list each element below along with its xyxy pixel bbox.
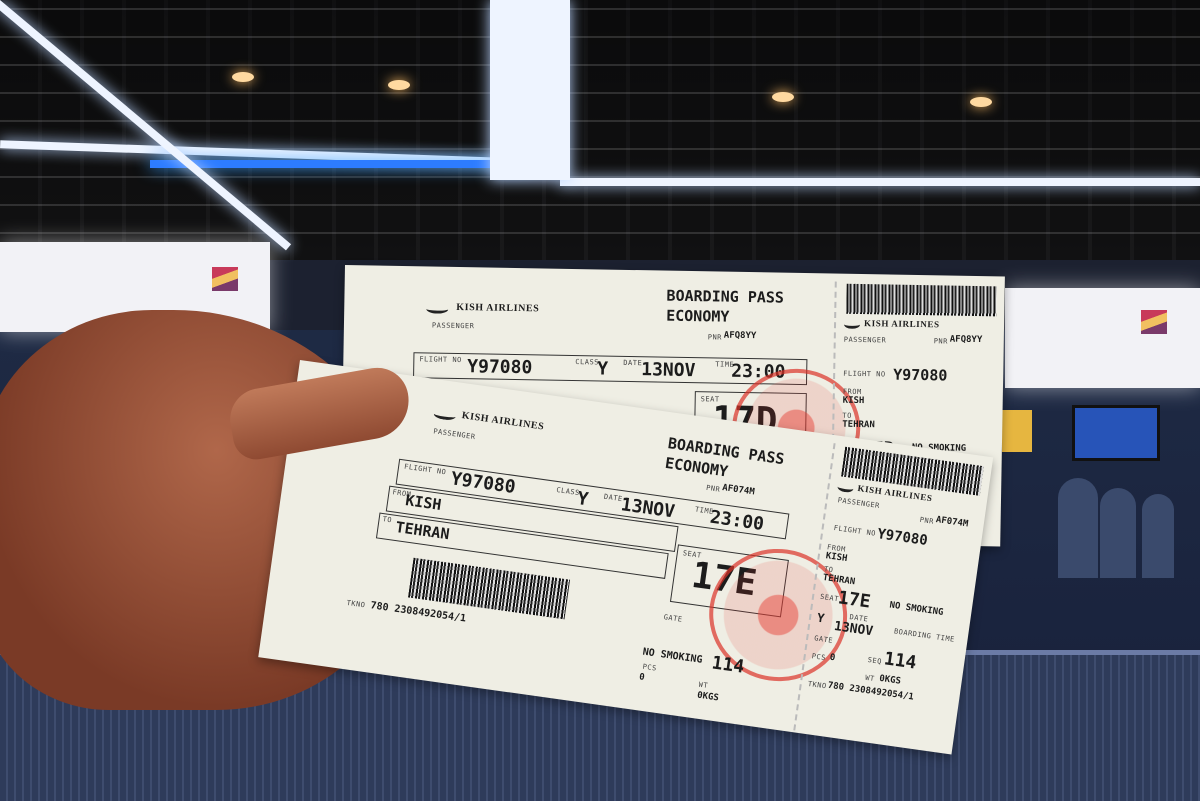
stub-to-label: TO [842, 412, 852, 420]
wt-label: WT [698, 681, 708, 690]
ceiling-light [560, 178, 1200, 186]
blue-light-strip [150, 160, 530, 168]
airline-bird-icon [433, 409, 456, 421]
ticket-number: 780 2308492054/1 [370, 600, 467, 624]
stub-flight-label: FLIGHT NO [833, 524, 876, 538]
stub-pnr: AFQ8YY [950, 335, 983, 346]
downlight [970, 97, 992, 107]
downlight [772, 92, 794, 102]
yellow-sign [1002, 410, 1032, 452]
cabin-class: ECONOMY [666, 307, 730, 326]
to-label: TO [382, 515, 392, 524]
airline-bird-icon [426, 304, 448, 313]
airline-bird-icon [837, 482, 854, 493]
wt-value: 0KGS [696, 691, 719, 704]
stub-airline-name: KISH AIRLINES [864, 318, 940, 329]
flight-label: FLIGHT NO [419, 355, 462, 364]
traveler [1100, 488, 1136, 578]
pnr-value: AF074M [722, 483, 756, 497]
tkno-label: TKNO [346, 599, 366, 610]
display-monitor [1072, 405, 1160, 461]
stub-from: KISH [843, 396, 865, 406]
downlight [232, 72, 254, 82]
stub-wt-label: WT [865, 674, 875, 683]
airline-name: KISH AIRLINES [461, 410, 545, 432]
stub-to: TEHRAN [842, 420, 875, 431]
stub-pnr-label: PNR [919, 516, 934, 526]
passenger-label: PASSENGER [433, 427, 476, 441]
class-label: CLASS [575, 358, 599, 366]
stub-flight: Y97080 [876, 526, 928, 549]
stub-pcs: 0 [829, 653, 836, 664]
traveler [1058, 478, 1098, 578]
pnr-label: PNR [706, 484, 721, 494]
stub-ticket-number: 780 2308492054/1 [827, 681, 914, 703]
passenger-label: PASSENGER [432, 322, 475, 331]
boarding-pass-title: BOARDING PASS [666, 287, 784, 307]
class-value: Y [597, 358, 608, 379]
stub-passenger-label: PASSENGER [837, 496, 880, 510]
airline-name: KISH AIRLINES [456, 302, 539, 314]
stub-from: KISH [825, 551, 848, 564]
airline-bird-icon [844, 320, 860, 329]
pnr-value: AFQ8YY [724, 331, 757, 342]
stub-pnr: AF074M [935, 515, 969, 529]
downlight [388, 80, 410, 90]
stub-wt: 0KGS [879, 674, 902, 687]
stub-tkno-label: TKNO [807, 680, 827, 691]
ceiling [0, 0, 1200, 260]
ceiling-light [490, 0, 570, 180]
airport-scene: KISH AIRLINES PASSENGER BOARDING PASS EC… [0, 0, 1200, 801]
pnr-label: PNR [708, 333, 722, 341]
stub-passenger-label: PASSENGER [844, 336, 887, 345]
barcode [846, 284, 997, 317]
flight-number: Y97080 [467, 356, 532, 378]
airline-logo-icon [1141, 310, 1167, 334]
gate-label: GATE [663, 613, 683, 624]
date-value: 13NOV [641, 359, 696, 381]
sequence-number: 114 [710, 652, 745, 677]
counter-sign [1005, 288, 1200, 388]
date-label: DATE [623, 359, 642, 367]
traveler [1142, 494, 1174, 578]
pcs-label: PCS [642, 663, 657, 673]
pcs-value: 0 [638, 672, 645, 683]
airline-logo-icon [212, 267, 238, 291]
stub-no-smoking: NO SMOKING [889, 600, 944, 617]
stub-flight-label: FLIGHT NO [843, 370, 886, 379]
stub-seq-label: SEQ [867, 656, 882, 666]
stub-flight: Y97080 [893, 366, 947, 385]
stub-seq: 114 [883, 648, 918, 673]
stub-boarding-label: BOARDING TIME [893, 627, 955, 643]
stub-pnr-label: PNR [934, 337, 948, 345]
stub-seat: 17E [837, 587, 872, 612]
